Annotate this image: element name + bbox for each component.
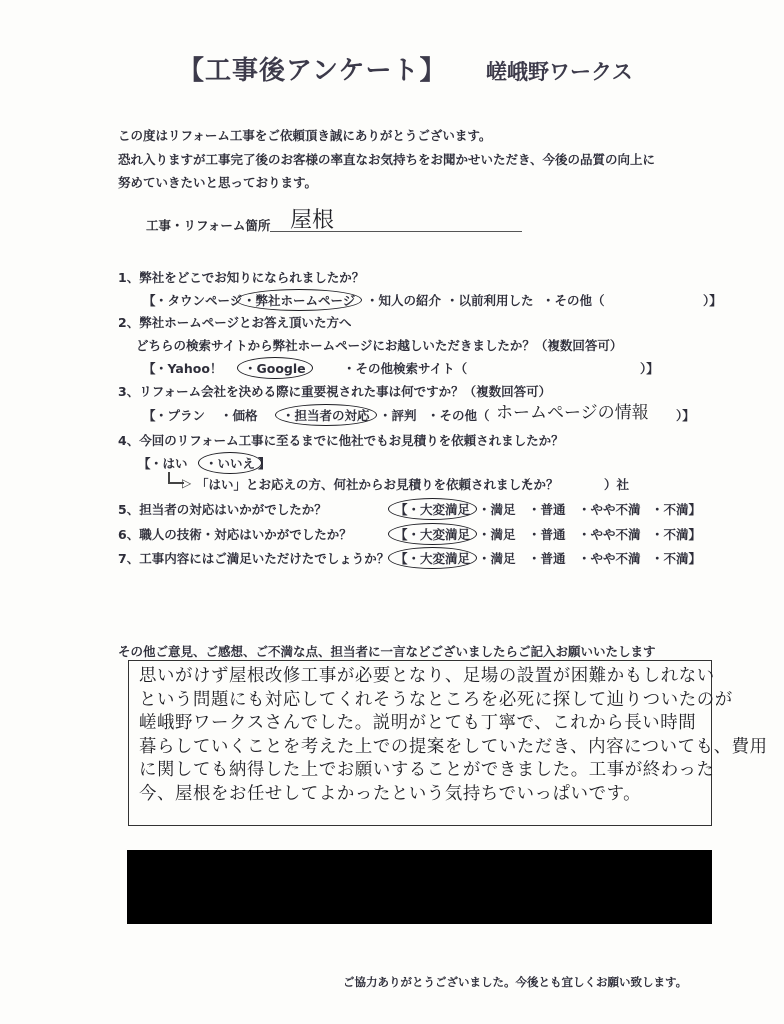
option-yahoo[interactable]: ・Yahoo！ — [155, 359, 222, 377]
option-no-selected[interactable]: ・いいえ — [198, 452, 262, 474]
comment-line: 暮らしていくことを考えた上での提案をしていただき、内容についても、費用 — [139, 736, 701, 760]
option-town-page[interactable]: ・タウンページ — [155, 291, 242, 309]
footer-thanks: ご協力ありがとうございました。今後とも宜しくお願い致します。 — [343, 974, 687, 990]
intro-line-1: この度はリフォーム工事をご依頼頂き誠にありがとうございます。 — [118, 126, 491, 144]
option-company-homepage-selected[interactable]: ・弊社ホームページ — [236, 289, 362, 311]
question-3: 3、リフォーム会社を決める際に重要視された事は何ですか？（複数回答可） — [118, 382, 551, 400]
comment-line: に関しても納得した上でお願いすることができました。工事が終わった — [139, 759, 701, 783]
option-staff-response-selected[interactable]: ・担当者の対応 — [275, 404, 377, 426]
bracket-close: ）】 — [703, 291, 722, 309]
option-plan[interactable]: ・プラン — [155, 406, 205, 424]
option-dissatisfied[interactable]: ・不満】 — [651, 500, 701, 518]
comment-line: という問題にも対応してくれそうなところを必死に探して辿りついたのが — [139, 689, 701, 713]
option-very-satisfied-selected[interactable]: 【・大変満足 — [388, 547, 477, 569]
option-very-satisfied-selected[interactable]: 【・大変満足 — [388, 498, 477, 520]
intro-line-2: 恐れ入りますが工事完了後のお客様の率直なお気持ちをお聞かせいただき、今後の品質の… — [118, 150, 655, 168]
question-5: 5、担当者の対応はいかがでしたか？ — [118, 500, 327, 518]
option-dissatisfied[interactable]: ・不満】 — [651, 549, 701, 567]
option-somewhat-dissatisfied[interactable]: ・やや不満 — [578, 500, 641, 518]
option-price[interactable]: ・価格 — [220, 406, 258, 424]
intro-line-3: 努めていきたいと思っております。 — [118, 173, 317, 191]
bracket-open: 【 — [143, 291, 156, 309]
option-other[interactable]: ・その他（ — [427, 406, 490, 424]
company-name: 嵯峨野ワークス — [486, 56, 633, 86]
followup-paren-open: （ — [518, 475, 531, 493]
option-satisfied[interactable]: ・満足 — [478, 525, 516, 543]
question-2: 2、弊社ホームページとお答え頂いた方へ — [118, 313, 351, 331]
redacted-area — [127, 850, 712, 924]
location-value[interactable]: 屋根 — [290, 203, 334, 234]
question-2-subtext: どちらの検索サイトから弊社ホームページにお越しいただきましたか？（複数回答可） — [136, 336, 622, 354]
comment-line: 今、屋根をお任せしてよかったという気持ちでいっぱいです。 — [139, 783, 701, 807]
option-other-value[interactable]: ホームページの情報 — [496, 398, 649, 423]
bracket-open: 【 — [143, 406, 156, 424]
option-satisfied[interactable]: ・満足 — [478, 500, 516, 518]
question-6: 6、職人の技術・対応はいかがでしたか？ — [118, 525, 352, 543]
comment-line: 嵯峨野ワークスさんでした。説明がとても丁寧で、これから長い時間 — [139, 712, 701, 736]
option-other[interactable]: ・その他（ — [542, 291, 605, 309]
option-reputation[interactable]: ・評判 — [379, 406, 417, 424]
bracket-close: ）】 — [640, 359, 659, 377]
bracket-close: 】 — [258, 454, 271, 472]
comments-label: その他ご意見、ご感想、ご不満な点、担当者に一言などございましたらご記入お願いいた… — [118, 642, 656, 660]
followup-paren-close: ）社 — [604, 475, 629, 493]
option-dissatisfied[interactable]: ・不満】 — [651, 525, 701, 543]
option-google-selected[interactable]: ・Google — [237, 357, 313, 379]
comment-line: 思いがけず屋根改修工事が必要となり、足場の設置が困難かもしれない — [139, 665, 701, 689]
option-somewhat-dissatisfied[interactable]: ・やや不満 — [578, 525, 641, 543]
arrowhead-icon: ▷ — [182, 476, 191, 490]
location-label: 工事・リフォーム箇所 — [146, 216, 270, 234]
question-4-followup: 「はい」とお応えの方、何社からお見積りを依頼されましたか？ — [196, 475, 559, 493]
option-satisfied[interactable]: ・満足 — [478, 549, 516, 567]
option-previous-use[interactable]: ・以前利用した — [446, 291, 534, 309]
bracket-open: 【 — [138, 454, 151, 472]
option-very-satisfied-selected[interactable]: 【・大変満足 — [388, 523, 477, 545]
survey-title: 【工事後アンケート】 — [178, 50, 446, 87]
option-average[interactable]: ・普通 — [528, 525, 566, 543]
question-1: 1、弊社をどこでお知りになられましたか？ — [118, 268, 364, 286]
option-average[interactable]: ・普通 — [528, 500, 566, 518]
option-average[interactable]: ・普通 — [528, 549, 566, 567]
bracket-open: 【 — [143, 359, 156, 377]
option-other-search[interactable]: ・その他検索サイト（ — [343, 359, 467, 377]
question-7: 7、工事内容にはご満足いただけたでしょうか？ — [118, 549, 389, 567]
question-4: 4、今回のリフォーム工事に至るまでに他社でもお見積りを依頼されましたか？ — [118, 431, 564, 449]
option-yes[interactable]: ・はい — [150, 454, 188, 472]
bracket-close: ）】 — [676, 406, 695, 424]
option-somewhat-dissatisfied[interactable]: ・やや不満 — [578, 549, 641, 567]
comments-box[interactable]: 思いがけず屋根改修工事が必要となり、足場の設置が困難かもしれない という問題にも… — [128, 660, 712, 826]
option-referral[interactable]: ・知人の紹介 — [366, 291, 441, 309]
